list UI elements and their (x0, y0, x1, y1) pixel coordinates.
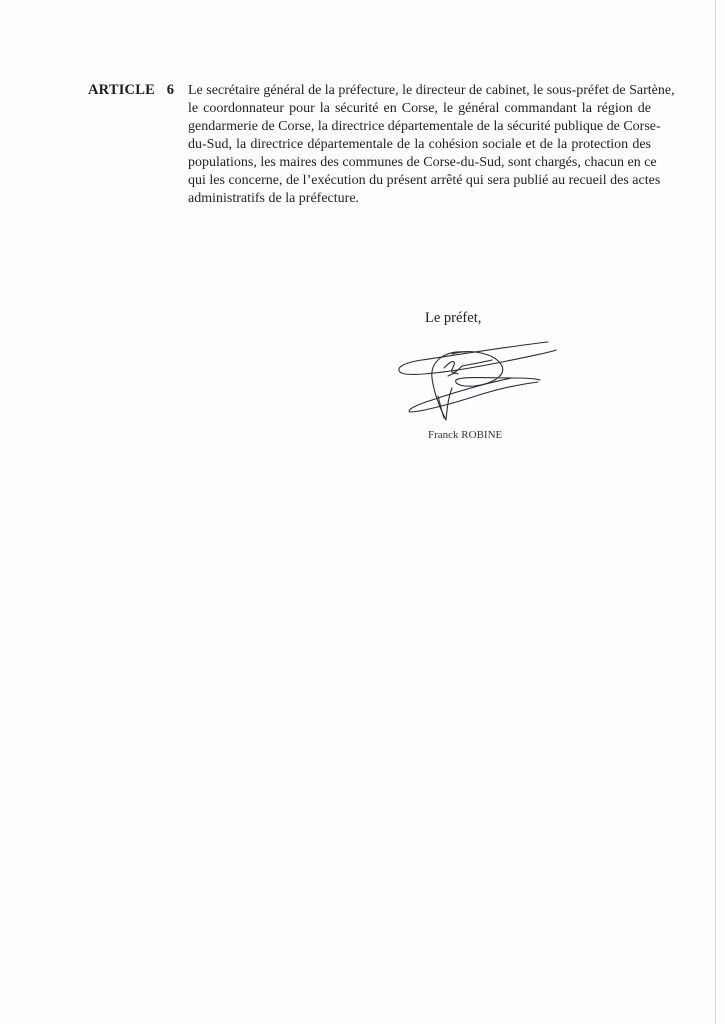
signature-block: Le préfet, Franck ROBINE (380, 308, 580, 448)
handwritten-signature-icon (392, 332, 572, 424)
article-line: qui les concerne, de l’exécution du prés… (188, 172, 651, 190)
document-page: ARTICLE 6 Le secrétaire général de la pr… (0, 0, 725, 1024)
article-line: Le secrétaire général de la préfecture, … (188, 82, 651, 100)
scan-edge-line (715, 0, 716, 1024)
article-line: du-Sud, la directrice départementale de … (188, 136, 651, 154)
signer-title: Le préfet, (425, 310, 481, 327)
signer-name: Franck ROBINE (428, 429, 502, 441)
article-line: populations, les maires des communes de … (188, 154, 651, 172)
article-body: Le secrétaire général de la préfecture, … (188, 82, 651, 208)
article-line: administratifs de la préfecture. (188, 190, 651, 208)
article-label: ARTICLE 6 (88, 82, 174, 99)
article-line: gendarmerie de Corse, la directrice dépa… (188, 118, 651, 136)
article-line: le coordonnateur pour la sécurité en Cor… (188, 100, 651, 118)
